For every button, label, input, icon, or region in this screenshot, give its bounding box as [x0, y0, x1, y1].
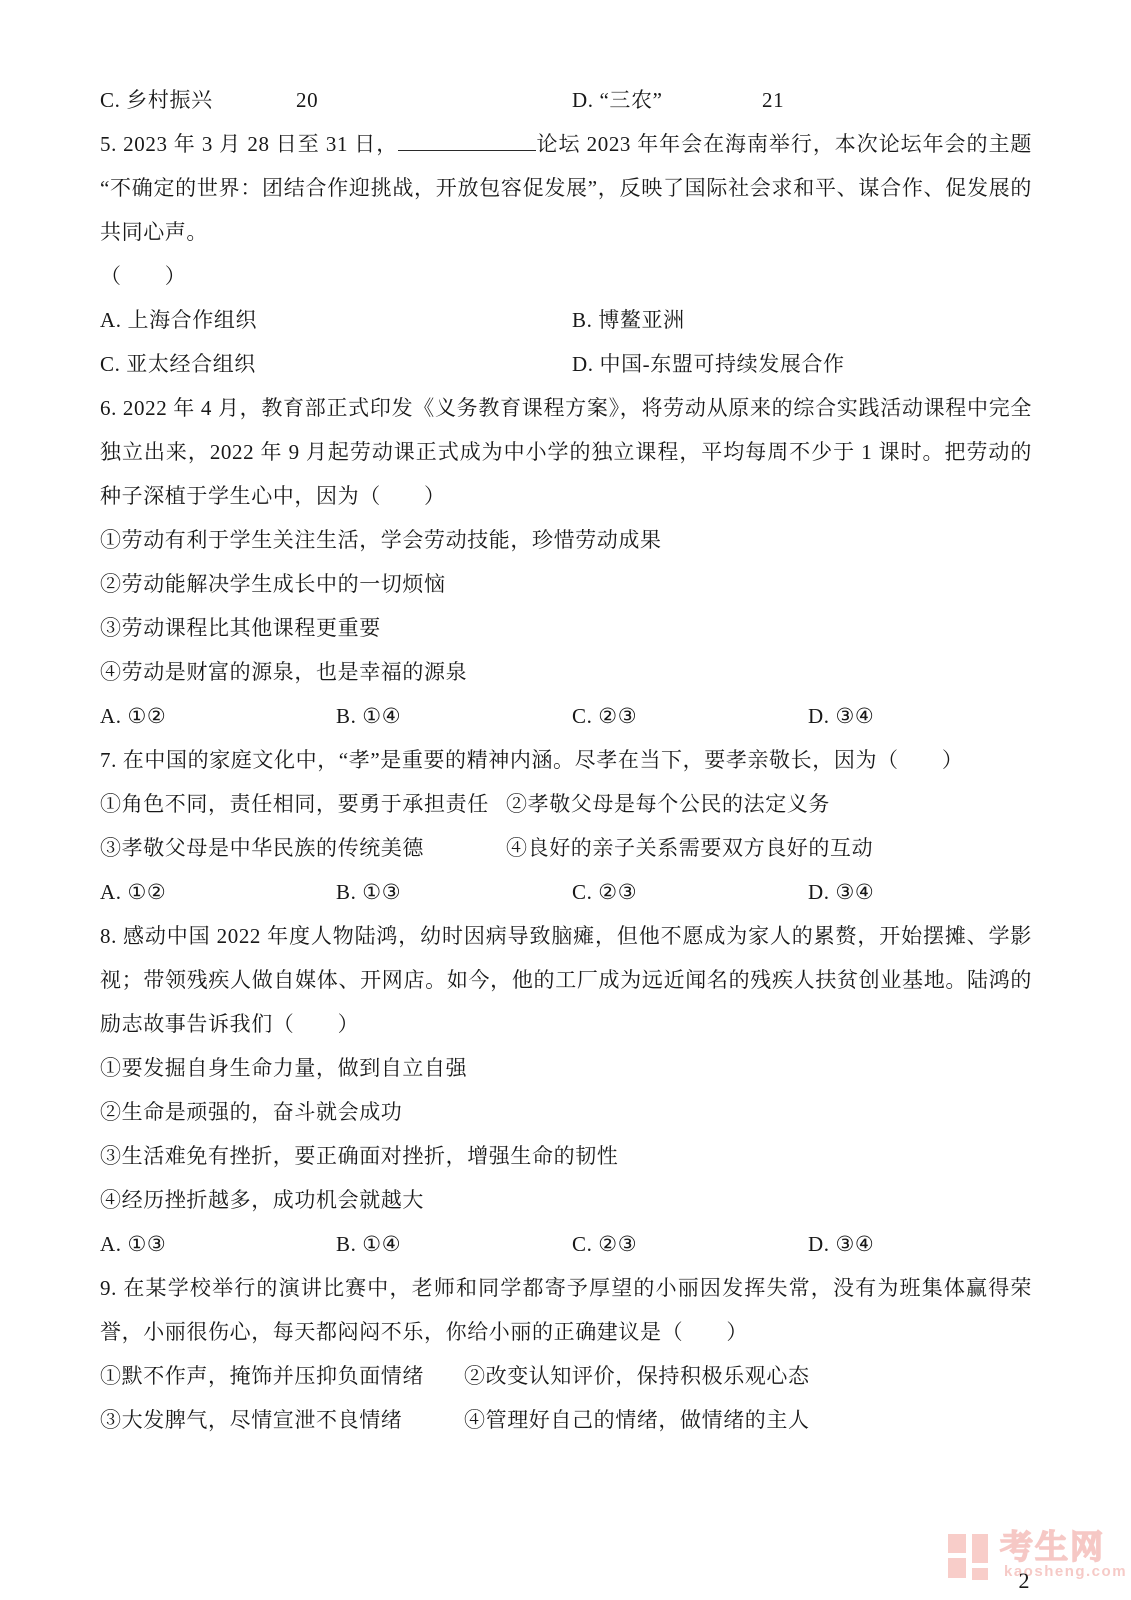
question7-option-a: A. ①② — [100, 870, 336, 914]
question7-items-row-2: ③孝敬父母是中华民族的传统美德 ④良好的亲子关系需要双方良好的互动 — [100, 826, 1032, 870]
option-d-number: 21 — [762, 78, 1032, 122]
question4-options-row: C. 乡村振兴 20 D. “三农” 21 — [100, 78, 1032, 122]
question5-options-row-2: C. 亚太经合组织 D. 中国-东盟可持续发展合作 — [100, 342, 1032, 386]
watermark-brand-text: 考生网 — [1000, 1528, 1105, 1566]
question8-options-row: A. ①③ B. ①④ C. ②③ D. ③④ — [100, 1222, 1032, 1266]
question5-option-c: C. 亚太经合组织 — [100, 342, 572, 386]
question8-stem: 8. 感动中国 2022 年度人物陆鸿，幼时因病导致脑瘫，但他不愿成为家人的累赘… — [100, 914, 1032, 1046]
question7-option-b: B. ①③ — [336, 870, 572, 914]
exam-paper-page: C. 乡村振兴 20 D. “三农” 21 5. 2023 年 3 月 28 日… — [0, 0, 1131, 1600]
question4-option-c: C. 乡村振兴 20 — [100, 78, 572, 122]
question9-items-row-1: ①默不作声，掩饰并压抑负面情绪 ②改变认知评价，保持积极乐观心态 — [100, 1354, 1032, 1398]
page-content: C. 乡村振兴 20 D. “三农” 21 5. 2023 年 3 月 28 日… — [100, 78, 1032, 1442]
fill-in-blank-underline — [398, 129, 536, 151]
question5-option-b: B. 博鳌亚洲 — [572, 298, 1032, 342]
question7-stem: 7. 在中国的家庭文化中，“孝”是重要的精神内涵。尽孝在当下，要孝亲敬长，因为（… — [100, 738, 1032, 782]
question6-option-d: D. ③④ — [808, 694, 1032, 738]
question9-item-1: ①默不作声，掩饰并压抑负面情绪 — [100, 1354, 464, 1398]
question6-item-1: ①劳动有利于学生关注生活，学会劳动技能，珍惜劳动成果 — [100, 518, 1032, 562]
question7-option-d: D. ③④ — [808, 870, 1032, 914]
question4-option-d: D. “三农” 21 — [572, 78, 1032, 122]
question8-item-4: ④经历挫折越多，成功机会就越大 — [100, 1178, 1032, 1222]
question7-item-2: ②孝敬父母是每个公民的法定义务 — [506, 782, 1032, 826]
option-d-label: D. “三农” — [572, 78, 762, 122]
question8-item-1: ①要发掘自身生命力量，做到自立自强 — [100, 1046, 1032, 1090]
option-c-number: 20 — [296, 78, 572, 122]
page-number: 2 — [1010, 1566, 1038, 1596]
question5-option-d: D. 中国-东盟可持续发展合作 — [572, 342, 1032, 386]
question6-stem: 6. 2022 年 4 月，教育部正式印发《义务教育课程方案》，将劳动从原来的综… — [100, 386, 1032, 518]
question5-options-row-1: A. 上海合作组织 B. 博鳌亚洲 — [100, 298, 1032, 342]
question9-stem: 9. 在某学校举行的演讲比赛中，老师和同学都寄予厚望的小丽因发挥失常，没有为班集… — [100, 1266, 1032, 1354]
question5-answer-paren: （ ） — [100, 254, 1032, 298]
question8-option-c: C. ②③ — [572, 1222, 808, 1266]
question6-option-c: C. ②③ — [572, 694, 808, 738]
question9-item-3: ③大发脾气，尽情宣泄不良情绪 — [100, 1398, 464, 1442]
question6-option-b: B. ①④ — [336, 694, 572, 738]
question6-item-2: ②劳动能解决学生成长中的一切烦恼 — [100, 562, 1032, 606]
question6-options-row: A. ①② B. ①④ C. ②③ D. ③④ — [100, 694, 1032, 738]
question7-options-row: A. ①② B. ①③ C. ②③ D. ③④ — [100, 870, 1032, 914]
question8-item-3: ③生活难免有挫折，要正确面对挫折，增强生命的韧性 — [100, 1134, 1032, 1178]
option-c-label: C. 乡村振兴 — [100, 78, 296, 122]
question7-items-row-1: ①角色不同，责任相同，要勇于承担责任 ②孝敬父母是每个公民的法定义务 — [100, 782, 1032, 826]
question9-items-row-2: ③大发脾气，尽情宣泄不良情绪 ④管理好自己的情绪，做情绪的主人 — [100, 1398, 1032, 1442]
question6-item-4: ④劳动是财富的源泉，也是幸福的源泉 — [100, 650, 1032, 694]
question8-item-2: ②生命是顽强的，奋斗就会成功 — [100, 1090, 1032, 1134]
question6-item-3: ③劳动课程比其他课程更重要 — [100, 606, 1032, 650]
question7-item-1: ①角色不同，责任相同，要勇于承担责任 — [100, 782, 506, 826]
question7-item-3: ③孝敬父母是中华民族的传统美德 — [100, 826, 506, 870]
question7-option-c: C. ②③ — [572, 870, 808, 914]
question9-item-4: ④管理好自己的情绪，做情绪的主人 — [464, 1398, 1032, 1442]
kaosheng-logo-icon — [948, 1532, 994, 1580]
question5-option-a: A. 上海合作组织 — [100, 298, 572, 342]
question9-item-2: ②改变认知评价，保持积极乐观心态 — [464, 1354, 1032, 1398]
question7-item-4: ④良好的亲子关系需要双方良好的互动 — [506, 826, 1032, 870]
question6-option-a: A. ①② — [100, 694, 336, 738]
question5-stem: 5. 2023 年 3 月 28 日至 31 日，论坛 2023 年年会在海南举… — [100, 122, 1032, 254]
question8-option-d: D. ③④ — [808, 1222, 1032, 1266]
question5-stem-pre: 5. 2023 年 3 月 28 日至 31 日， — [100, 132, 398, 156]
question8-option-b: B. ①④ — [336, 1222, 572, 1266]
question8-option-a: A. ①③ — [100, 1222, 336, 1266]
